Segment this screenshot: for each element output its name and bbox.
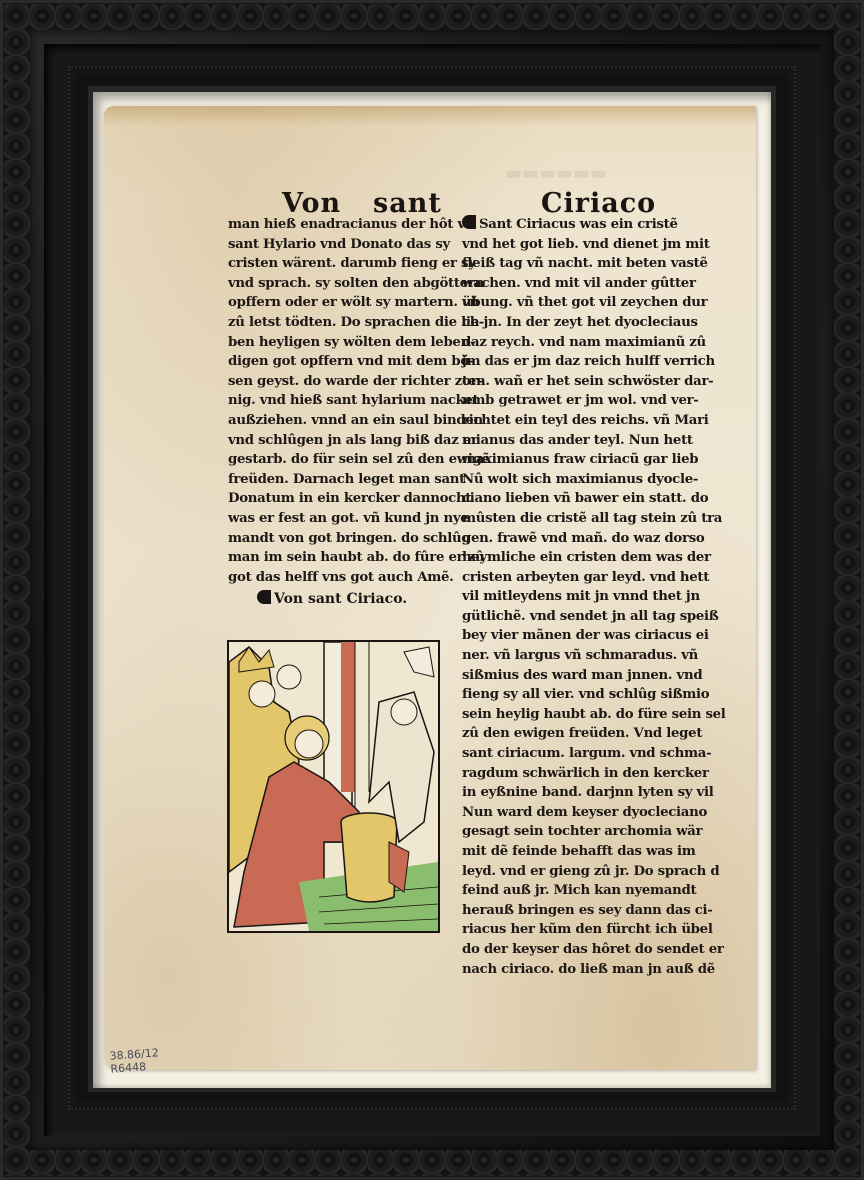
- text-line: umb getrawet er jm wol. vnd ver-: [462, 391, 702, 411]
- text-line: gestarb. do für sein sel zû den ewigẽ: [228, 450, 458, 470]
- text-line: Donatum in ein kercker dannocht: [228, 489, 458, 509]
- text-line: gesagt sein tochter archomia wär: [462, 822, 702, 842]
- text-line: ner. vñ largus vñ schmaradus. vñ: [462, 646, 702, 666]
- text-line: herauß bringen es sey dann das ci-: [462, 901, 702, 921]
- text-line: jm das er jm daz reich hulff verrich: [462, 352, 702, 372]
- text-line: daz reych. vnd nam maximianũ zû: [462, 333, 702, 353]
- pilcrow-icon: [257, 590, 271, 604]
- text-line: riacus her kũm den fürcht ich übel: [462, 920, 702, 940]
- text-line: Sant Ciriacus was ein cristẽ: [462, 215, 702, 235]
- text-line: ch jn. In der zeyt het dyocleciaus: [462, 313, 702, 333]
- text-line: bey vier mãnen der was ciriacus ei: [462, 626, 702, 646]
- left-text-column: man hieß enadracianus der hôt vôsant Hyl…: [228, 215, 458, 587]
- text-line: ragdum schwärlich in den kercker: [462, 764, 702, 784]
- text-line: gütlichẽ. vnd sendet jn all tag speiß: [462, 607, 702, 627]
- text-line: zû letst tödten. Do sprachen die lie-: [228, 313, 458, 333]
- paper-stain: [104, 106, 756, 126]
- text-line: sen geyst. do warde der richter zor-: [228, 372, 458, 392]
- woodcut-illustration: [227, 640, 440, 933]
- text-line: man hieß enadracianus der hôt vô: [228, 215, 458, 235]
- show-through-text: ▬▬▬▬▬▬: [505, 163, 607, 184]
- text-line: vil mitleydens mit jn vnnd thet jn: [462, 587, 702, 607]
- text-line: vnd het got lieb. vnd dienet jm mit: [462, 235, 702, 255]
- text-line: gen. frawẽ vnd mañ. do waz dorso: [462, 529, 702, 549]
- text-line: sant ciriacum. largum. vnd schma-: [462, 744, 702, 764]
- text-line: sein heylig haubt ab. do füre sein sel: [462, 705, 702, 725]
- section-title-text: Von sant Ciriaco.: [274, 591, 407, 607]
- text-line: do der keyser das hôret do sendet er: [462, 940, 702, 960]
- accession-number: 38.86/12 R6448: [109, 1046, 160, 1075]
- text-line: ciano lieben vñ bawer ein statt. do: [462, 489, 702, 509]
- text-line: fleiß tag vñ nacht. mit beten vastẽ: [462, 254, 702, 274]
- text-line: freüden. Darnach leget man sant: [228, 470, 458, 490]
- text-line: sißmius des ward man jnnen. vnd: [462, 666, 702, 686]
- text-line: wachen. vnd mit vil ander gûtter: [462, 274, 702, 294]
- text-line: vnd sprach. sy solten den abgöttern: [228, 274, 458, 294]
- text-line: man im sein haubt ab. do fûre er zû: [228, 548, 458, 568]
- text-line: in eyßnine band. darjnn lyten sy vil: [462, 783, 702, 803]
- section-title: Von sant Ciriaco.: [257, 590, 407, 607]
- text-line: nig. vnd hieß sant hylarium nacket: [228, 391, 458, 411]
- text-line: opffern oder er wölt sy martern. vñ: [228, 293, 458, 313]
- text-line: mandt von got bringen. do schlûg: [228, 529, 458, 549]
- text-line: außziehen. vnnd an ein saul binden: [228, 411, 458, 431]
- text-line: ten. wañ er het sein schwöster dar-: [462, 372, 702, 392]
- text-line: Nû wolt sich maximianus dyocle-: [462, 470, 702, 490]
- text-line: feind auß jr. Mich kan nyemandt: [462, 881, 702, 901]
- text-line: übung. vñ thet got vil zeychen dur: [462, 293, 702, 313]
- text-line: Nun ward dem keyser dyocleciano: [462, 803, 702, 823]
- text-line: got das helff vns got auch Amẽ.: [228, 568, 458, 588]
- text-line: digen got opffern vnd mit dem bö-: [228, 352, 458, 372]
- text-line: vnd schlûgen jn als lang biß daz er: [228, 431, 458, 451]
- text-line: fieng sy all vier. vnd schlûg sißmio: [462, 685, 702, 705]
- text-line: ben heyligen sy wölten dem leben-: [228, 333, 458, 353]
- text-line: zû den ewigen freüden. Vnd leget: [462, 724, 702, 744]
- text-line: richtet ein teyl des reichs. vñ Mari: [462, 411, 702, 431]
- text-line: leyd. vnd er gieng zû jr. Do sprach d: [462, 862, 702, 882]
- text-line: cristen wärent. darumb fieng er sy: [228, 254, 458, 274]
- right-text-column: Sant Ciriacus was ein cristẽvnd het got …: [462, 215, 702, 979]
- text-line: cristen arbeyten gar leyd. vnd hett: [462, 568, 702, 588]
- text-line: maximianus fraw ciriacũ gar lieb: [462, 450, 702, 470]
- text-line: was er fest an got. vñ kund jn nye: [228, 509, 458, 529]
- text-line: mit dẽ feinde behafft das was im: [462, 842, 702, 862]
- text-line: nach ciriaco. do ließ man jn auß dẽ: [462, 960, 702, 980]
- pilcrow-icon: [462, 215, 476, 229]
- text-line: mianus das ander teyl. Nun hett: [462, 431, 702, 451]
- text-line: mûsten die cristẽ all tag stein zû tra: [462, 509, 702, 529]
- text-line: sant Hylario vnd Donato das sy: [228, 235, 458, 255]
- text-line: heymliche ein cristen dem was der: [462, 548, 702, 568]
- woodcut-image: [229, 642, 438, 931]
